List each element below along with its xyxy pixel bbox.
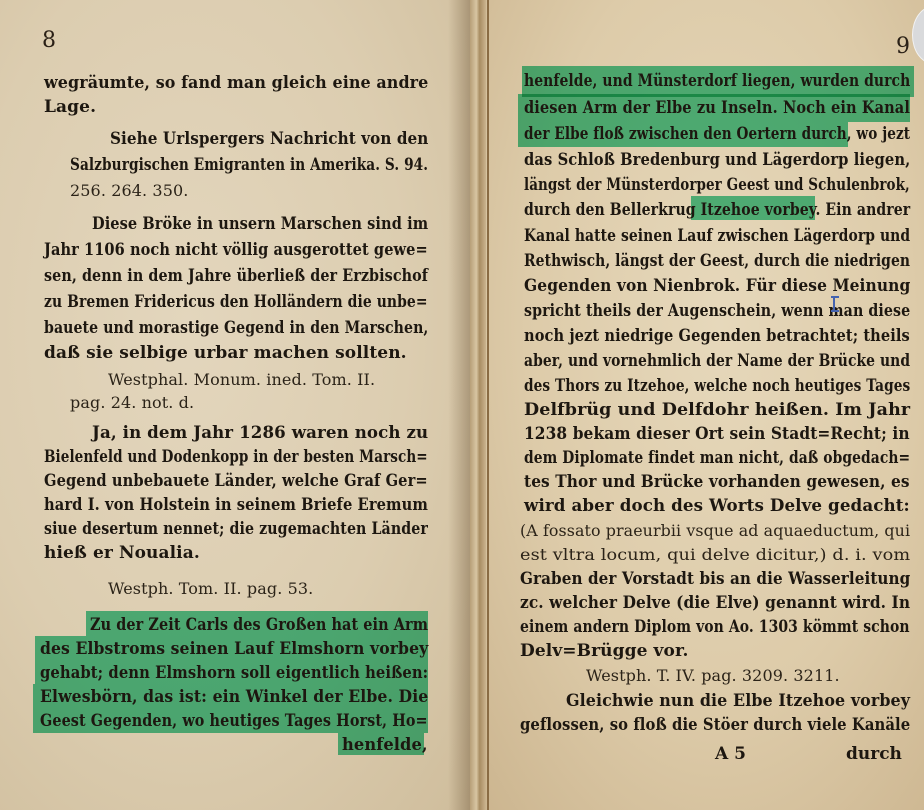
- text-line: zu Bremen Fridericus den Holländern die …: [44, 291, 428, 313]
- text-line: zc. welcher Delve (die Elve) genannt wir…: [520, 592, 910, 614]
- book-gutter: [470, 0, 486, 810]
- text-line: dem Diplomate findet man nicht, daß obge…: [524, 447, 910, 469]
- text-line: Delfbrüg und Delfdohr heißen. Im Jahr: [524, 399, 910, 421]
- text-line: gehabt; denn Elmshorn soll eigentlich he…: [40, 662, 428, 684]
- text-line: Diese Bröke in unsern Marschen sind im: [92, 213, 428, 235]
- text-line: henfelde,: [342, 734, 428, 756]
- text-line: hieß er Noualia.: [44, 542, 200, 564]
- text-line: spricht theils der Augenschein, wenn man…: [524, 300, 910, 322]
- text-line: der Elbe floß zwischen den Oertern durch…: [524, 123, 910, 145]
- text-line: des Thors zu Itzehoe, welche noch heutig…: [524, 375, 910, 397]
- text-line: sen, denn in dem Jahre überließ der Erzb…: [44, 265, 428, 287]
- text-line: pag. 24. not. d.: [70, 392, 194, 414]
- text-line: henfelde, und Münsterdorf liegen, wurden…: [524, 70, 910, 92]
- text-line: bauete und morastige Gegend in den Marsc…: [44, 317, 428, 339]
- gutter-line: [487, 0, 489, 810]
- text-line: Rethwisch, längst der Geest, durch die n…: [524, 250, 910, 272]
- text-line: längst der Münsterdorper Geest und Schul…: [524, 174, 910, 196]
- text-line: Westph. Tom. II. pag. 53.: [108, 578, 313, 600]
- text-line: Siehe Urlspergers Nachricht von den: [110, 128, 428, 150]
- text-line: Graben der Vorstadt bis an die Wasserlei…: [520, 568, 910, 590]
- text-line: Geest Gegenden, wo heutiges Tages Horst,…: [40, 710, 428, 732]
- text-line: siue desertum nennet; die zugemachten Lä…: [44, 518, 428, 540]
- text-line: durch den Bellerkrug Itzehoe vorbey. Ein…: [524, 199, 910, 221]
- text-line: aber, und vornehmlich der Name der Brück…: [524, 350, 910, 372]
- text-line: hard I. von Holstein in seinem Briefe Er…: [44, 494, 428, 516]
- text-line: noch jezt niedrige Gegenden betrachtet; …: [524, 325, 910, 347]
- text-line: (A fossato praeurbii vsque ad aquaeductu…: [520, 520, 910, 542]
- page-number-left: 8: [42, 28, 56, 53]
- text-line: Delv=Brügge vor.: [520, 640, 688, 662]
- text-line: Westphal. Monum. ined. Tom. II.: [108, 369, 375, 391]
- catchword: durch: [846, 744, 902, 764]
- text-line: wird aber doch des Worts Delve gedacht:: [524, 495, 910, 517]
- text-line: 1238 bekam dieser Ort sein Stadt=Recht; …: [524, 423, 910, 445]
- text-line: tes Thor und Brücke vorhanden gewesen, e…: [524, 471, 910, 493]
- text-line: Gegenden von Nienbrok. Für diese Meinung: [524, 275, 910, 297]
- text-line: Kanal hatte seinen Lauf zwischen Lägerdo…: [524, 225, 910, 247]
- text-line: des Elbstroms seinen Lauf Elmshorn vorbe…: [40, 638, 428, 660]
- text-line: Jahr 1106 noch nicht völlig ausgerottet …: [44, 239, 428, 261]
- text-line: est vltra locum, qui delve dicitur,) d. …: [520, 544, 910, 566]
- page-shadow: [448, 0, 470, 810]
- text-line: geflossen, so floß die Stöer durch viele…: [520, 714, 910, 736]
- text-line: Ja, in dem Jahr 1286 waren noch zu: [92, 422, 428, 444]
- page-number-right: 9: [896, 34, 910, 59]
- text-line: Salzburgischen Emigranten in Amerika. S.…: [70, 154, 428, 176]
- text-line: Westph. T. IV. pag. 3209. 3211.: [586, 665, 840, 687]
- text-cursor-icon: [833, 296, 837, 312]
- text-line: wegräumte, so fand man gleich eine andre: [44, 72, 428, 94]
- text-line: das Schloß Bredenburg und Lägerdorp lieg…: [524, 149, 910, 171]
- text-line: Elwesbörn, das ist: ein Winkel der Elbe.…: [40, 686, 428, 708]
- text-line: 256. 264. 350.: [70, 180, 188, 202]
- text-line: einem andern Diplom von Ao. 1303 kömmt s…: [520, 616, 910, 638]
- text-line: Bielenfeld und Dodenkopp in der besten M…: [44, 446, 428, 468]
- text-line: Lage.: [44, 96, 96, 118]
- text-line: Gleichwie nun die Elbe Itzehoe vorbey: [566, 690, 910, 712]
- text-line: daß sie selbige urbar machen sollten.: [44, 342, 407, 364]
- signature-mark: A 5: [715, 744, 746, 764]
- text-line: diesen Arm der Elbe zu Inseln. Noch ein …: [524, 97, 910, 119]
- text-line: Gegend unbebauete Länder, welche Graf Ge…: [44, 470, 428, 492]
- text-line: Zu der Zeit Carls des Großen hat ein Arm: [90, 614, 428, 636]
